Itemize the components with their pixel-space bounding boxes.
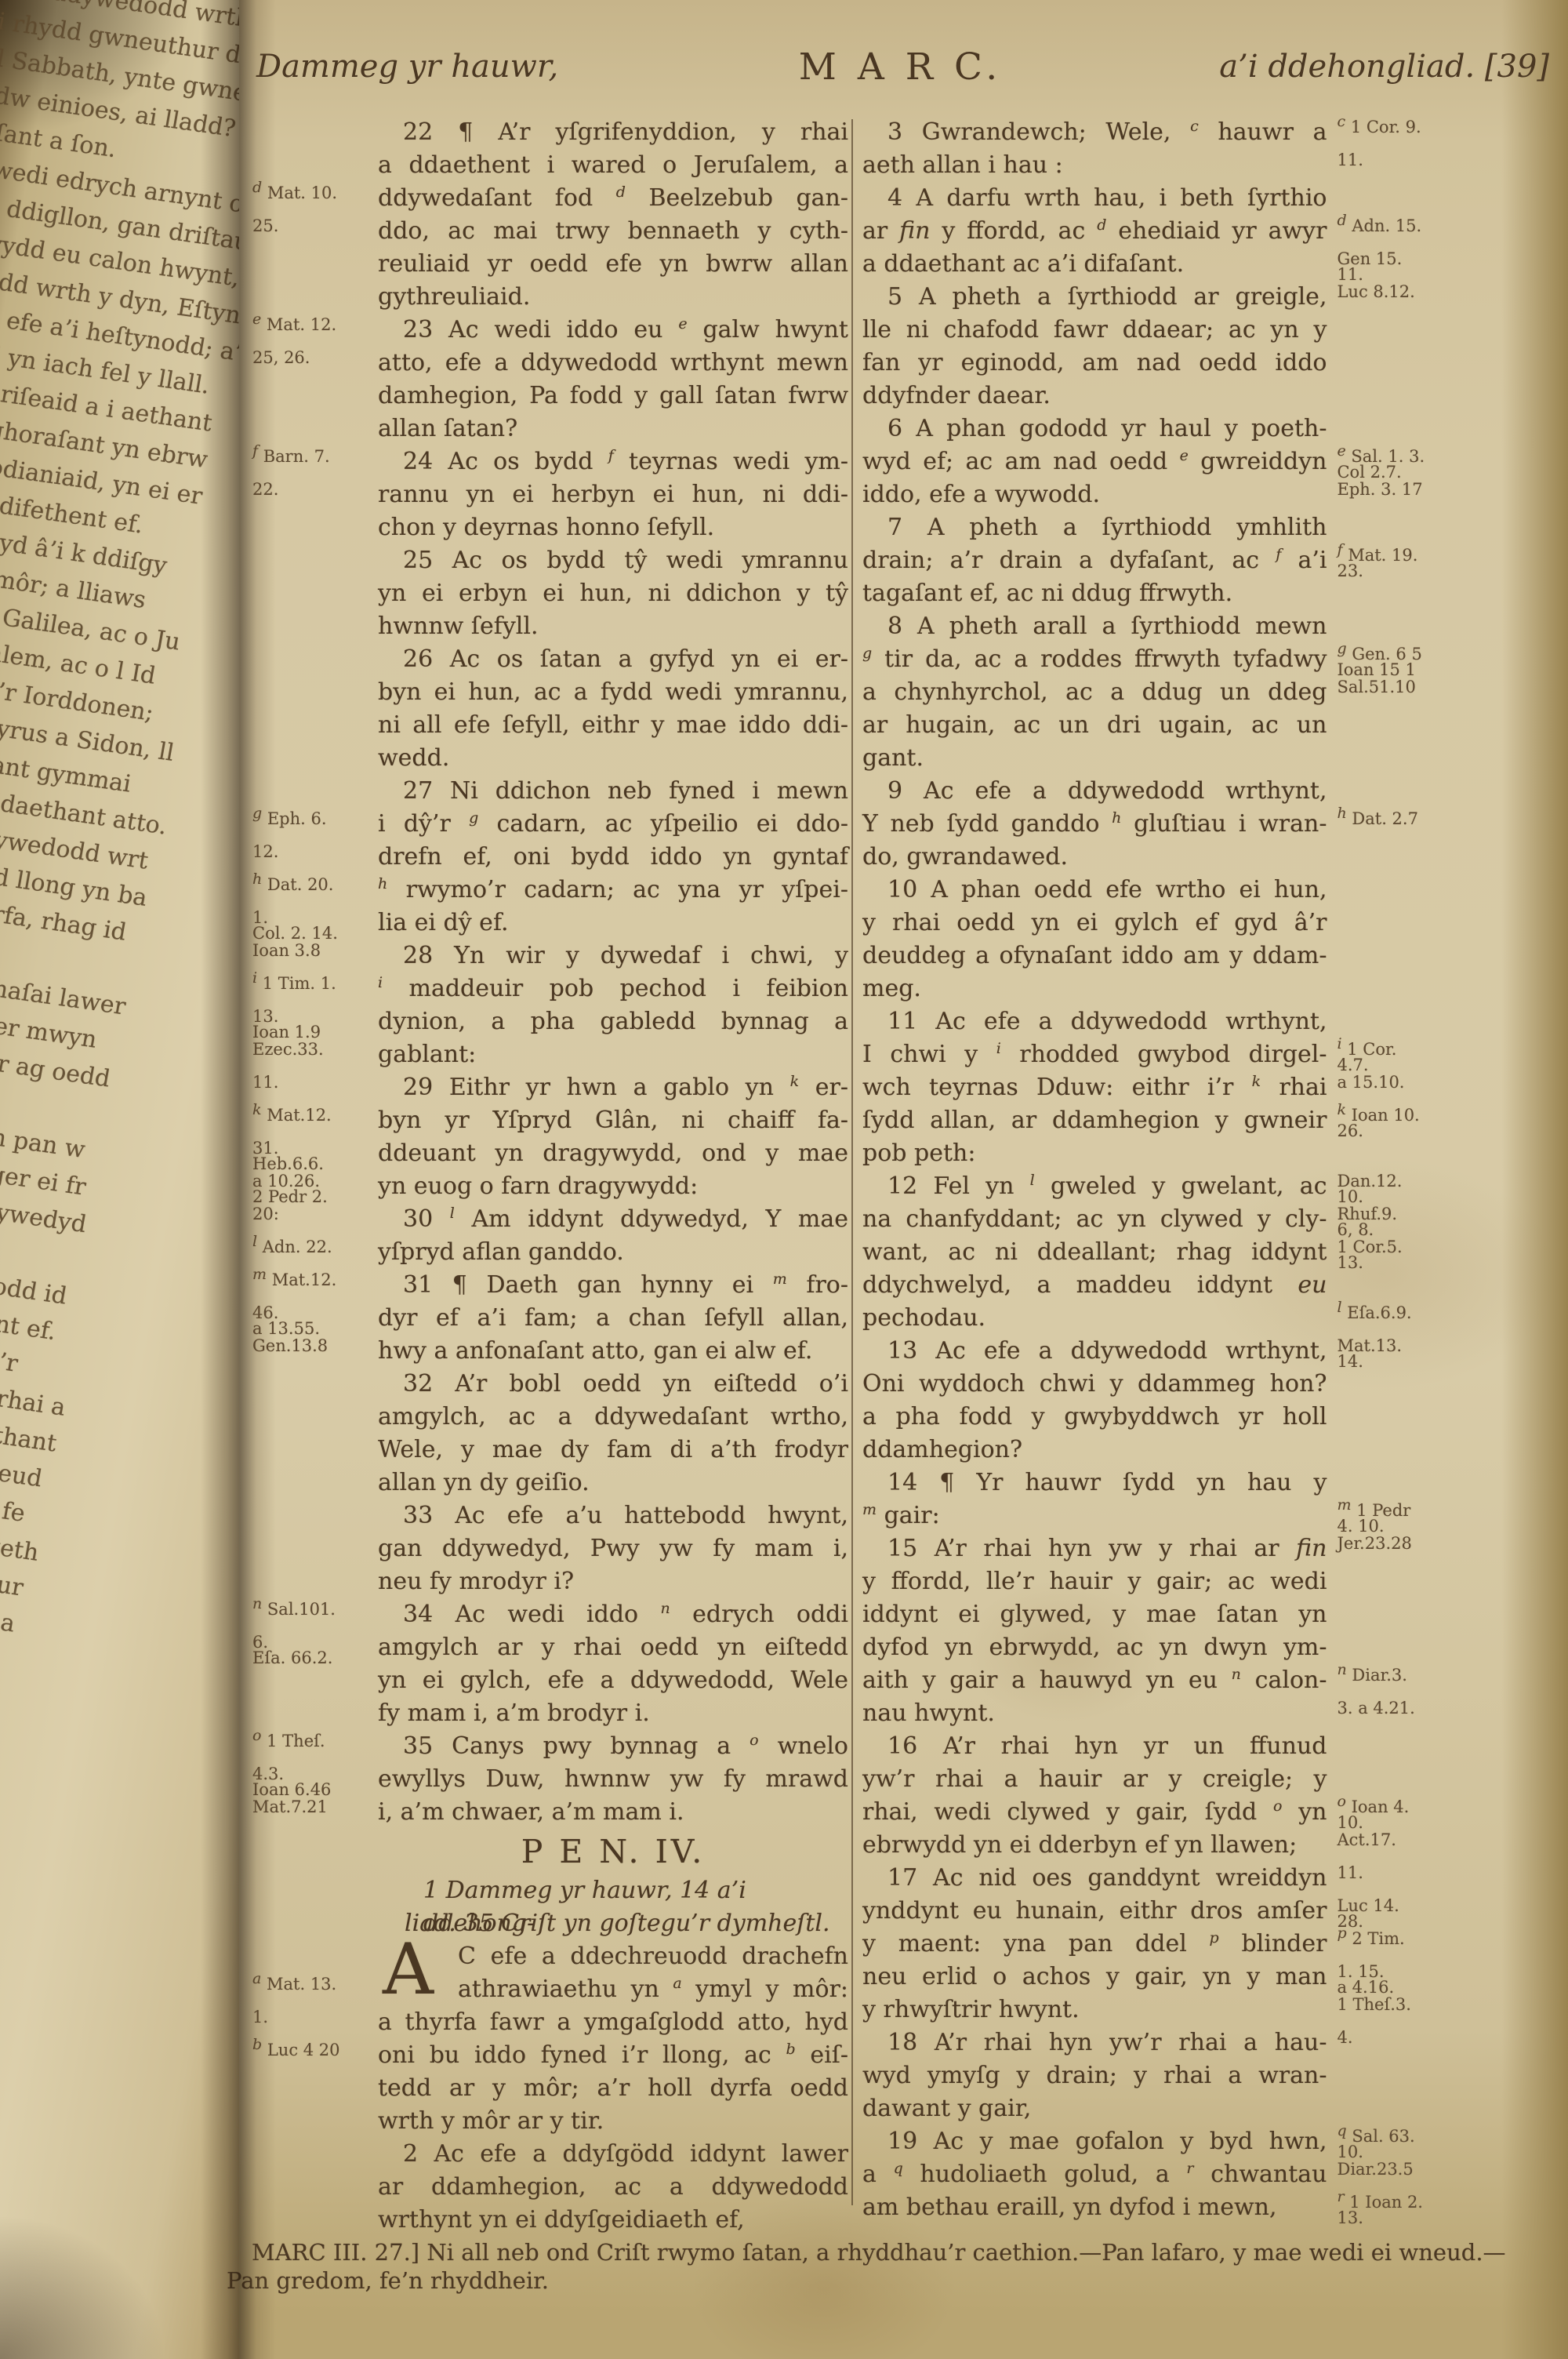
text-line: 5 A pheth a ſyrthiodd ar greigle,Luc 8.1…: [862, 281, 1552, 314]
margin-note: 4.3.Ioan 6.46: [251, 1763, 378, 1796]
text-line: 13 Ac efe a ddywedodd wrthynt,Mat.13.14.: [862, 1335, 1552, 1368]
text-line: g Eph. 6.i dŷ’r g cadarn, ac yſpeilio ei…: [251, 808, 858, 841]
margin-note: [1327, 347, 1552, 380]
text-line: a 10.26.2 Pedr 2.yn euog o farn dragywyd…: [251, 1170, 858, 1203]
verse-text: 22 ¶ A’r yſgrifenyddion, y rhai: [378, 116, 848, 149]
margin-note: 11.: [251, 1071, 378, 1104]
footnote-line: MARC III. 27.] Ni all neb ond Criſt rwym…: [252, 2238, 1566, 2266]
margin-note: [1327, 577, 1552, 610]
text-line: 4.3.Ioan 6.46ewyllys Duw, hwnnw yw fy mr…: [251, 1763, 858, 1796]
text-line: neu erlid o achos y gair, yn y man1. 15.…: [862, 1961, 1552, 1994]
text-line: liad. 35 Criſt yn goſtegu’r dymheſtl.: [251, 1907, 858, 1940]
verse-text: fan yr eginodd, am nad oedd iddo: [862, 347, 1327, 380]
text-line: 11.29 Eithr yr hwn a gablo yn k er-: [251, 1071, 858, 1104]
verse-text: 4 A darfu wrth hau, i beth ſyrthio: [862, 182, 1327, 215]
facing-page-edge: eſe a ddywedodd wrthAi rhydd gwneuthur d…: [0, 0, 239, 2359]
verse-text: i maddeuir pob pechod i feibion: [378, 972, 848, 1005]
text-line: I chwi y i rhodded gwybod dirgel-i 1 Cor…: [862, 1038, 1552, 1071]
text-line: m Mat.12.31 ¶ Daeth gan hynny ei m fro-: [251, 1269, 858, 1302]
text-line: o 1 Theſ.35 Canys pwy bynnag a o wnelo: [251, 1730, 858, 1763]
verse-text: neu erlid o achos y gair, yn y man: [862, 1961, 1327, 1994]
margin-note: f Barn. 7.: [251, 445, 378, 478]
verse-text: dynion, a pha gabledd bynnag a: [378, 1005, 848, 1038]
text-line: 6 A phan gododd yr haul y poeth-: [862, 413, 1552, 445]
verse-text: 23 Ac wedi iddo eu e galw hwynt: [378, 314, 848, 347]
verse-text: 8 A pheth arall a ſyrthiodd mewn: [862, 610, 1327, 643]
text-line: 46.a 13.55.dyr ef a’i fam; a chan ſefyll…: [251, 1302, 858, 1335]
verse-text: 12 Fel yn l gweled y gwelant, ac: [862, 1170, 1327, 1203]
margin-note: 1 Theſ.3.: [1327, 1994, 1552, 2026]
text-line: l Adn. 22.yſpryd aflan ganddo.: [251, 1236, 858, 1269]
text-line: fan yr eginodd, am nad oedd iddo: [862, 347, 1552, 380]
verse-text: drefn ef, oni bydd iddo yn gyntaf: [378, 841, 848, 874]
margin-note: o Ioan 4.10.: [1327, 1796, 1552, 1829]
running-head-right: a’i ddehongliad. [39]: [1219, 49, 1549, 85]
margin-note: Ezec.33.: [251, 1038, 378, 1071]
margin-note: [251, 511, 378, 544]
margin-note: [1327, 742, 1552, 775]
verse-text: rannu yn ei herbyn ei hun, ni ddi-: [378, 478, 848, 511]
margin-note: [251, 1368, 378, 1401]
text-line: a chynhyrchol, ac a ddug un ddegSal.51.1…: [862, 676, 1552, 709]
verse-text: wch teyrnas Dduw: eithr i’r k rhai: [862, 1071, 1327, 1104]
verse-text: ddo, ac mai trwy bennaeth y cyth-: [378, 215, 848, 248]
text-line: AC efe a ddechreuodd drachefn: [251, 1940, 858, 1973]
text-line: m gair:m 1 Pedr4. 10.: [862, 1499, 1552, 1532]
text-line: ſydd allan, ar ddamhegion y gwneirk Ioan…: [862, 1104, 1552, 1137]
verse-text: ddywedaſant fod d Beelzebub gan-: [378, 182, 848, 215]
verse-text: lle ni chafodd fawr ddaear; ac yn y: [862, 314, 1327, 347]
text-line: 13.Ioan 1.9dynion, a pha gabledd bynnag …: [251, 1005, 858, 1038]
margin-note: i 1 Tim. 1.: [251, 972, 378, 1005]
facing-page-text: eſe a ddywedodd wrthAi rhydd gwneuthur d…: [0, 0, 239, 2335]
verse-text: 33 Ac efe a’u hattebodd hwynt,: [378, 1499, 848, 1532]
margin-note: Luc 14.28.: [1327, 1895, 1552, 1928]
verse-text: 25 Ac os bydd tŷ wedi ymrannu: [378, 544, 848, 577]
verse-text: 1 Dammeg yr hauwr, 14 a’i ddehong-: [378, 1874, 848, 1907]
margin-note: [1327, 2092, 1552, 2125]
margin-note: [251, 742, 378, 775]
margin-note: [251, 281, 378, 314]
footnote-commentary: MARC III. 27.] Ni all neb ond Criſt rwym…: [239, 2238, 1566, 2295]
text-line: y ffordd, lle’r hauir y gair; ac wedi: [862, 1565, 1552, 1598]
text-line: a ddaethent i wared o Jeruſalem, a: [251, 149, 858, 182]
text-line: fy mam i, a’m brodyr i.: [251, 1697, 858, 1730]
verse-text: gablant:: [378, 1038, 848, 1071]
text-line: 14 ¶ Yr hauwr ſydd yn hau y: [862, 1467, 1552, 1499]
verse-text: g tir da, ac a roddes ffrwyth tyfadwy: [862, 643, 1327, 676]
verse-text: 6 A phan gododd yr haul y poeth-: [862, 413, 1327, 445]
text-line: hwnnw ſefyll.: [251, 610, 858, 643]
margin-note: 46.a 13.55.: [251, 1302, 378, 1335]
margin-note: [1327, 1730, 1552, 1763]
margin-note: [1327, 841, 1552, 874]
margin-note: [251, 1401, 378, 1434]
margin-note: Gen 15.11.: [1327, 248, 1552, 281]
verse-text: liad. 35 Criſt yn goſtegu’r dymheſtl.: [378, 1907, 848, 1940]
verse-text: 31 ¶ Daeth gan hynny ei m fro-: [378, 1269, 848, 1302]
margin-note: [1327, 314, 1552, 347]
verse-text: 32 A’r bobl oedd yn eiſtedd o’i: [378, 1368, 848, 1401]
text-line: 15 A’r rhai hyn yw y rhai ar finJer.23.2…: [862, 1532, 1552, 1565]
text-line: g tir da, ac a roddes ffrwyth tyfadwyg G…: [862, 643, 1552, 676]
margin-note: Dan.12.10.: [1327, 1170, 1552, 1203]
margin-note: g Gen. 6 5Ioan 15 1: [1327, 643, 1552, 676]
text-line: ar fin y ffordd, ac d ehediaid yr awyrd …: [862, 215, 1552, 248]
verse-text: ar fin y ffordd, ac d ehediaid yr awyr: [862, 215, 1327, 248]
text-line: wrthynt yn ei ddyſgeidiaeth ef,: [251, 2204, 858, 2237]
verse-text: Oni wyddoch chwi y ddammeg hon?: [862, 1368, 1327, 1401]
verse-text: 27 Ni ddichon neb fyned i mewn: [378, 775, 848, 808]
margin-note: n Diar.3.: [1327, 1664, 1552, 1697]
text-line: reuliaid yr oedd efe yn bwrw allan: [251, 248, 858, 281]
printed-page: Dammeg yr hauwr, M A R C. a’i ddehonglia…: [239, 0, 1568, 2359]
text-line: 20:30 l Am iddynt ddywedyd, Y mae: [251, 1203, 858, 1236]
text-line: 9 Ac efe a ddywedodd wrthynt,: [862, 775, 1552, 808]
text-line: 22.rannu yn ei herbyn ei hun, ni ddi-: [251, 478, 858, 511]
text-line: want, ac ni ddeallant; rhag iddynt1 Cor.…: [862, 1236, 1552, 1269]
verse-text: y ffordd, lle’r hauir y gair; ac wedi: [862, 1565, 1327, 1598]
margin-note: p 2 Tim.: [1327, 1928, 1552, 1961]
verse-text: hwy a anfonaſant atto, gan ei alw ef.: [378, 1335, 848, 1368]
verse-text: 3 Gwrandewch; Wele, c hauwr a: [862, 116, 1327, 149]
margin-note: [251, 1874, 378, 1907]
verse-text: tagaſant ef, ac ni ddug ffrwyth.: [862, 577, 1327, 610]
text-line: gan ddywedyd, Pwy yw fy mam i,: [251, 1532, 858, 1565]
margin-note: [251, 775, 378, 808]
verse-text: 11 Ac efe a ddywedodd wrthynt,: [862, 1005, 1327, 1038]
margin-note: [251, 413, 378, 445]
margin-note: q Sal. 63.10.: [1327, 2125, 1552, 2158]
margin-note: l Eſa.6.9.: [1327, 1302, 1552, 1335]
margin-note: [251, 1907, 378, 1940]
verse-text: ewyllys Duw, hwnnw yw fy mrawd: [378, 1763, 848, 1796]
verse-text: yſpryd aflan ganddo.: [378, 1236, 848, 1269]
text-line: lle ni chafodd fawr ddaear; ac yn y: [862, 314, 1552, 347]
verse-text: wyd ymyſg y drain; y rhai a wran-: [862, 2059, 1327, 2092]
verse-text: dyr ef a’i fam; a chan ſefyll allan,: [378, 1302, 848, 1335]
margin-note: [1327, 1631, 1552, 1664]
text-line: wedd.: [251, 742, 858, 775]
running-head-title: M A R C.: [799, 45, 1003, 89]
text-line: 25 Ac os bydd tŷ wedi ymrannu: [251, 544, 858, 577]
text-line: 26 Ac os ſatan a gyfyd yn ei er-: [251, 643, 858, 676]
margin-note: h Dat. 2.7: [1327, 808, 1552, 841]
text-line: pob peth:: [862, 1137, 1552, 1170]
margin-note: Act.17.: [1327, 1829, 1552, 1862]
text-line: amgylch, ac a ddywedaſant wrtho,: [251, 1401, 858, 1434]
text-line: 1 Dammeg yr hauwr, 14 a’i ddehong-: [251, 1874, 858, 1907]
margin-note: [1327, 380, 1552, 413]
text-line: iddo, efe a wywodd.Eph. 3. 17: [862, 478, 1552, 511]
verse-text: 9 Ac efe a ddywedodd wrthynt,: [862, 775, 1327, 808]
text-line: f Barn. 7.24 Ac os bydd f teyrnas wedi y…: [251, 445, 858, 478]
margin-note: m 1 Pedr4. 10.: [1327, 1499, 1552, 1532]
margin-note: 31.Heb.6.6.: [251, 1137, 378, 1170]
margin-note: 1 Cor.5.13.: [1327, 1236, 1552, 1269]
verse-text: 2 Ac efe a ddyſgödd iddynt lawer: [378, 2138, 848, 2171]
margin-note: [251, 676, 378, 709]
margin-note: k Ioan 10.26.: [1327, 1104, 1552, 1137]
margin-note: [251, 544, 378, 577]
text-line: tagaſant ef, ac ni ddug ffrwyth.: [862, 577, 1552, 610]
margin-note: 3. a 4.21.: [1327, 1697, 1552, 1730]
text-line: a Mat. 13.athrawiaethu yn a ymyl y môr:: [251, 1973, 858, 2006]
verse-text: meg.: [862, 972, 1327, 1005]
text-line: 25.ddo, ac mai trwy bennaeth y cyth-: [251, 215, 858, 248]
margin-note: 4.: [1327, 2026, 1552, 2059]
running-head-left: Dammeg yr hauwr,: [256, 49, 558, 85]
verse-text: pechodau.: [862, 1302, 1327, 1335]
text-line: d Mat. 10.ddywedaſant fod d Beelzebub ga…: [251, 182, 858, 215]
margin-note: [251, 2072, 378, 2105]
verse-text: fy mam i, a’m brodyr i.: [378, 1697, 848, 1730]
column-divider-rule: [851, 119, 853, 2205]
verse-text: y rhai oedd yn ei gylch ef gyd â’r: [862, 907, 1327, 940]
text-line: am bethau eraill, yn dyfod i mewn,r 1 Io…: [862, 2191, 1552, 2224]
text-line: 3 Gwrandewch; Wele, c hauwr ac 1 Cor. 9.: [862, 116, 1552, 149]
text-line: 32 A’r bobl oedd yn eiſtedd o’i: [251, 1368, 858, 1401]
verse-text: ddeuant yn dragywydd, ond y mae: [378, 1137, 848, 1170]
text-line: dawant y gair,: [862, 2092, 1552, 2125]
verse-text: iddo, efe a wywodd.: [862, 478, 1327, 511]
text-line: h Dat. 20.h rwymo’r cadarn; ac yna yr yſ…: [251, 874, 858, 907]
text-line: deuddeg a ofynaſant iddo am y ddam-: [862, 940, 1552, 972]
margin-note: g Eph. 6.: [251, 808, 378, 841]
margin-note: 25, 26.: [251, 347, 378, 380]
text-line: 1.a thyrfa fawr a ymgaſglodd atto, hyd: [251, 2006, 858, 2039]
verse-text: amgylch ar y rhai oedd yn eiſtedd: [378, 1631, 848, 1664]
verse-text: ar ddamhegion, ac a ddywedodd: [378, 2171, 848, 2204]
text-line: damhegion, Pa fodd y gall ſatan fwrw: [251, 380, 858, 413]
margin-note: 1.Col. 2. 14.: [251, 907, 378, 940]
text-line: neu fy mrodyr i?: [251, 1565, 858, 1598]
verse-text: neu fy mrodyr i?: [378, 1565, 848, 1598]
text-line: 4 A darfu wrth hau, i beth ſyrthio: [862, 182, 1552, 215]
margin-note: 6.Eſa. 66.2.: [251, 1631, 378, 1664]
verse-text: pob peth:: [862, 1137, 1327, 1170]
text-line: allan yn dy geiſio.: [251, 1467, 858, 1499]
verse-text: a thyrfa fawr a ymgaſglodd atto, hyd: [378, 2006, 848, 2039]
margin-note: Jer.23.28: [1327, 1532, 1552, 1565]
running-head: Dammeg yr hauwr, M A R C. a’i ddehonglia…: [252, 42, 1549, 93]
right-text-column: 3 Gwrandewch; Wele, c hauwr ac 1 Cor. 9.…: [862, 116, 1552, 2224]
margin-note: [1327, 972, 1552, 1005]
text-line: 2 Ac efe a ddyſgödd iddynt lawer: [251, 2138, 858, 2171]
verse-text: y rhwyſtrir hwynt.: [862, 1994, 1327, 2026]
left-text-column: 22 ¶ A’r yſgrifenyddion, y rhaia ddaethe…: [251, 116, 858, 2237]
text-line: aeth allan i hau :11.: [862, 149, 1552, 182]
verse-text: ſydd allan, ar ddamhegion y gwneir: [862, 1104, 1327, 1137]
text-line: dyfod yn ebrwydd, ac yn dwyn ym-: [862, 1631, 1552, 1664]
verse-text: lia ei dŷ ef.: [378, 907, 848, 940]
text-line: n Sal.101.34 Ac wedi iddo n edrych oddi: [251, 1598, 858, 1631]
text-line: do, gwrandawed.: [862, 841, 1552, 874]
margin-note: [251, 2204, 378, 2237]
text-line: Wele, y mae dy fam di a’th frodyr: [251, 1434, 858, 1467]
text-line: 7 A pheth a ſyrthiodd ymhlith: [862, 511, 1552, 544]
margin-note: Diar.23.5: [1327, 2158, 1552, 2191]
text-line: 11 Ac efe a ddywedodd wrthynt,: [862, 1005, 1552, 1038]
margin-note: [1327, 1137, 1552, 1170]
text-line: ddychwelyd, a maddeu iddynt eu: [862, 1269, 1552, 1302]
margin-note: [251, 2171, 378, 2204]
margin-note: a 15.10.: [1327, 1071, 1552, 1104]
text-line: gythreuliaid.: [251, 281, 858, 314]
margin-note: 11.: [1327, 149, 1552, 182]
margin-note: 11.: [1327, 1862, 1552, 1895]
text-line: a q hudoliaeth golud, a r chwantauDiar.2…: [862, 2158, 1552, 2191]
text-line: aith y gair a hauwyd yn eu n calon-n Dia…: [862, 1664, 1552, 1697]
margin-note: 25.: [251, 215, 378, 248]
margin-note: [251, 643, 378, 676]
verse-text: AC efe a ddechreuodd drachefn: [378, 1940, 848, 1973]
text-line: ni all efe ſefyll, eithr y mae iddo ddi-: [251, 709, 858, 742]
verse-text: 16 A’r rhai hyn yr un ffunud: [862, 1730, 1327, 1763]
verse-text: wedd.: [378, 742, 848, 775]
text-line: iddynt ei glywed, y mae ſatan yn: [862, 1598, 1552, 1631]
margin-note: Mat.13.14.: [1327, 1335, 1552, 1368]
verse-text: ynddynt eu hunain, eithr dros amſer: [862, 1895, 1327, 1928]
margin-note: [1327, 775, 1552, 808]
verse-text: 10 A phan oedd efe wrtho ei hun,: [862, 874, 1327, 907]
text-line: a ddaethant ac a’i difaſant.Gen 15.11.: [862, 248, 1552, 281]
text-line: drain; a’r drain a dyfaſant, ac f a’if M…: [862, 544, 1552, 577]
text-line: gant.: [862, 742, 1552, 775]
text-line: 8 A pheth arall a ſyrthiodd mewn: [862, 610, 1552, 643]
margin-note: [1327, 1269, 1552, 1302]
margin-note: [251, 709, 378, 742]
footnote-line: Pan gredom, fe’n rhyddheir.: [227, 2266, 1566, 2295]
margin-note: Mat.7.21: [251, 1796, 378, 1829]
text-line: Ezec.33.gablant:: [251, 1038, 858, 1071]
margin-note: [1327, 182, 1552, 215]
margin-note: m Mat.12.: [251, 1269, 378, 1302]
margin-note: [1327, 1401, 1552, 1434]
verse-text: i dŷ’r g cadarn, ac yſpeilio ei ddo-: [378, 808, 848, 841]
verse-text: wrth y môr ar y tir.: [378, 2105, 848, 2138]
verse-text: 19 Ac y mae gofalon y byd hwn,: [862, 2125, 1327, 2158]
text-line: na chanfyddant; ac yn clywed y cly-Rhuf.…: [862, 1203, 1552, 1236]
margin-note: [1327, 1565, 1552, 1598]
book-photo: eſe a ddywedodd wrthAi rhydd gwneuthur d…: [0, 0, 1568, 2359]
text-line: rhai, wedi clywed y gair, ſydd o yno Ioa…: [862, 1796, 1552, 1829]
verse-text: 30 l Am iddynt ddywedyd, Y mae: [378, 1203, 848, 1236]
verse-text: 26 Ac os ſatan a gyfyd yn ei er-: [378, 643, 848, 676]
verse-text: do, gwrandawed.: [862, 841, 1327, 874]
verse-text: allan yn dy geiſio.: [378, 1467, 848, 1499]
verse-text: y maent: yna pan ddel p blinder: [862, 1928, 1327, 1961]
verse-text: yn ei gylch, efe a ddywedodd, Wele: [378, 1664, 848, 1697]
margin-note: h Dat. 20.: [251, 874, 378, 907]
margin-note: [1327, 709, 1552, 742]
verse-text: 14 ¶ Yr hauwr ſydd yn hau y: [862, 1467, 1327, 1499]
text-line: yw’r rhai a hauir ar y creigle; y: [862, 1763, 1552, 1796]
verse-text: a ddaethant ac a’i difaſant.: [862, 248, 1327, 281]
verse-text: ni all efe ſefyll, eithr y mae iddo ddi-: [378, 709, 848, 742]
margin-note: 1. 15.a 4.16.: [1327, 1961, 1552, 1994]
verse-text: 35 Canys pwy bynnag a o wnelo: [378, 1730, 848, 1763]
verse-text: m gair:: [862, 1499, 1327, 1532]
verse-text: 17 Ac nid oes ganddynt wreiddyn: [862, 1862, 1327, 1895]
margin-note: k Mat.12.: [251, 1104, 378, 1137]
verse-text: byn ei hun, ac a fydd wedi ymrannu,: [378, 676, 848, 709]
margin-note: i 1 Cor.4.7.: [1327, 1038, 1552, 1071]
text-line: 19 Ac y mae gofalon y byd hwn,q Sal. 63.…: [862, 2125, 1552, 2158]
verse-text: 24 Ac os bydd f teyrnas wedi ym-: [378, 445, 848, 478]
verse-text: gan ddywedyd, Pwy yw fy mam i,: [378, 1532, 848, 1565]
text-line: wyd ef; ac am nad oedd e gwreiddyne Sal.…: [862, 445, 1552, 478]
verse-text: gythreuliaid.: [378, 281, 848, 314]
margin-note: [251, 1565, 378, 1598]
margin-note: [251, 1532, 378, 1565]
text-line: ddamhegion?: [862, 1434, 1552, 1467]
margin-note: 13.Ioan 1.9: [251, 1005, 378, 1038]
verse-text: ddamhegion?: [862, 1434, 1327, 1467]
verse-text: dyfod yn ebrwydd, ac yn dwyn ym-: [862, 1631, 1327, 1664]
text-line: chon y deyrnas honno ſefyll.: [251, 511, 858, 544]
margin-note: [1327, 413, 1552, 445]
margin-note: c 1 Cor. 9.: [1327, 116, 1552, 149]
verse-text: 7 A pheth a ſyrthiodd ymhlith: [862, 511, 1327, 544]
text-line: wch teyrnas Dduw: eithr i’r k rhaia 15.1…: [862, 1071, 1552, 1104]
margin-note: f Mat. 19.23.: [1327, 544, 1552, 577]
text-line: y rhwyſtrir hwynt.1 Theſ.3.: [862, 1994, 1552, 2026]
verse-text: nau hwynt.: [862, 1697, 1327, 1730]
text-line: 18 A’r rhai hyn yw’r rhai a hau-4.: [862, 2026, 1552, 2059]
text-line: Ioan 3.828 Yn wir y dywedaf i chwi, y: [251, 940, 858, 972]
margin-note: [251, 1434, 378, 1467]
text-line: wrth y môr ar y tir.: [251, 2105, 858, 2138]
verse-text: h rwymo’r cadarn; ac yna yr yſpei-: [378, 874, 848, 907]
verse-text: want, ac ni ddeallant; rhag iddynt: [862, 1236, 1327, 1269]
verse-text: 15 A’r rhai hyn yw y rhai ar fin: [862, 1532, 1327, 1565]
text-line: 31.Heb.6.6.ddeuant yn dragywydd, ond y m…: [251, 1137, 858, 1170]
verse-text: byn yr Yſpryd Glân, ni chaiff fa-: [378, 1104, 848, 1137]
text-line: 17 Ac nid oes ganddynt wreiddyn11.: [862, 1862, 1552, 1895]
text-line: y maent: yna pan ddel p blinderp 2 Tim.: [862, 1928, 1552, 1961]
margin-note: 20:: [251, 1203, 378, 1236]
verse-text: atto, efe a ddywedodd wrthynt mewn: [378, 347, 848, 380]
verse-text: reuliaid yr oedd efe yn bwrw allan: [378, 248, 848, 281]
text-line: 33 Ac efe a’u hattebodd hwynt,: [251, 1499, 858, 1532]
verse-text: wyd ef; ac am nad oedd e gwreiddyn: [862, 445, 1327, 478]
verse-text: 13 Ac efe a ddywedodd wrthynt,: [862, 1335, 1327, 1368]
verse-text: yn euog o farn dragywydd:: [378, 1170, 848, 1203]
verse-text: 29 Eithr yr hwn a gablo yn k er-: [378, 1071, 848, 1104]
text-line: e Mat. 12.23 Ac wedi iddo eu e galw hwyn…: [251, 314, 858, 347]
verse-text: 34 Ac wedi iddo n edrych oddi: [378, 1598, 848, 1631]
verse-text: oni bu iddo fyned i’r llong, ac b eiſ-: [378, 2039, 848, 2072]
text-line: ar hugain, ac un dri ugain, ac un: [862, 709, 1552, 742]
text-line: allan ſatan?: [251, 413, 858, 445]
margin-note: Rhuf.9.6, 8.: [1327, 1203, 1552, 1236]
margin-note: Sal.51.10: [1327, 676, 1552, 709]
verse-text: iddynt ei glywed, y mae ſatan yn: [862, 1598, 1327, 1631]
margin-note: [1327, 2059, 1552, 2092]
margin-note: [251, 2138, 378, 2171]
verse-text: Y neb ſydd ganddo h gluſtiau i wran-: [862, 808, 1327, 841]
text-line: nau hwynt.3. a 4.21.: [862, 1697, 1552, 1730]
verse-text: ebrwydd yn ei dderbyn ef yn llawen;: [862, 1829, 1327, 1862]
verse-text: i, a’m chwaer, a’m mam i.: [378, 1796, 848, 1829]
text-line: 10 A phan oedd efe wrtho ei hun,: [862, 874, 1552, 907]
verse-text: hwnnw ſefyll.: [378, 610, 848, 643]
text-line: Gen.13.8hwy a anfonaſant atto, gan ei al…: [251, 1335, 858, 1368]
margin-note: 12.: [251, 841, 378, 874]
margin-note: Eph. 3. 17: [1327, 478, 1552, 511]
verse-text: amgylch, ac a ddywedaſant wrtho,: [378, 1401, 848, 1434]
